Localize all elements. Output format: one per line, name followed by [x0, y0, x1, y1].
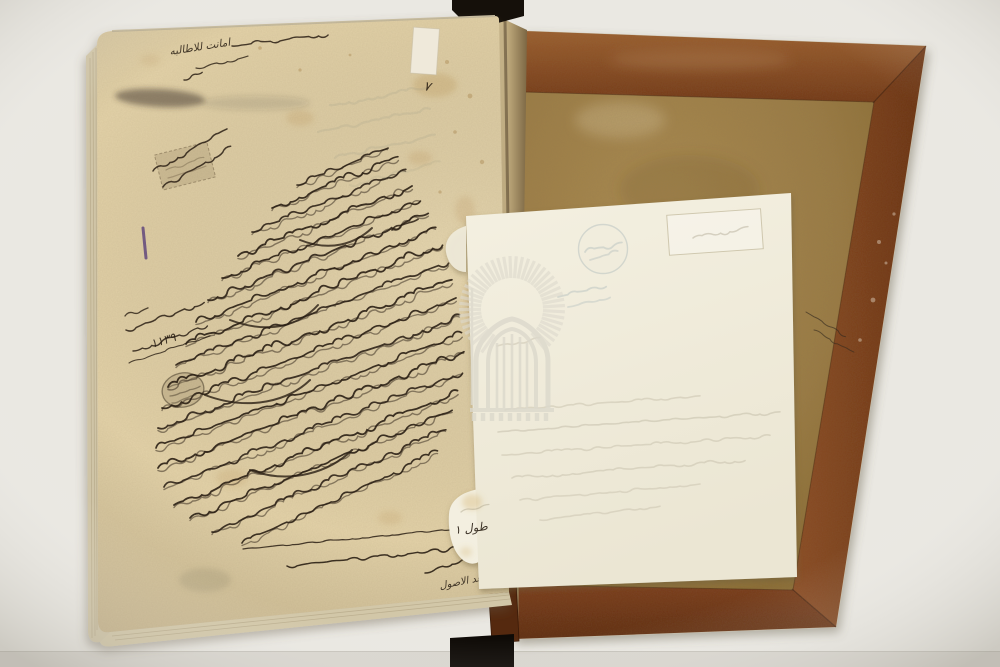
manuscript-photo: امانت للاطالبه ١١٣٩ ٧ قواعد الاصول طول ١ — [0, 0, 1000, 667]
manuscript-photo-stage: امانت للاطالبه ١١٣٩ ٧ قواعد الاصول طول ١ — [0, 0, 1000, 667]
vignette — [0, 0, 1000, 667]
